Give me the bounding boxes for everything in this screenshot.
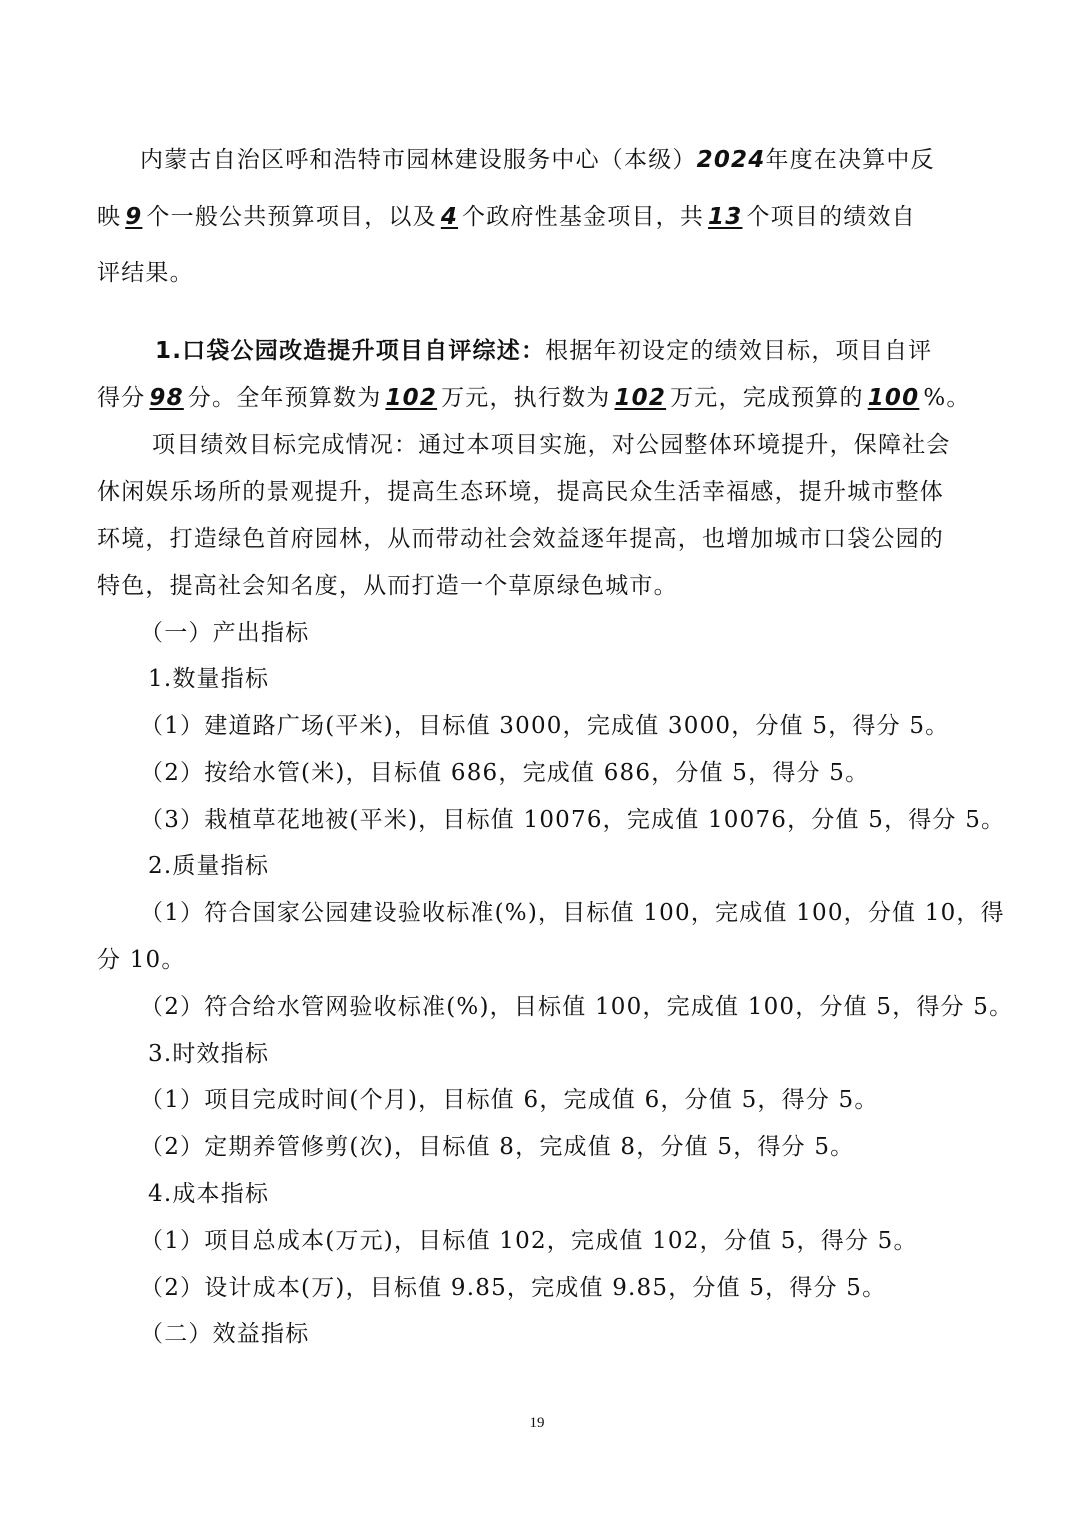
label: 万元，完成预算的 [670, 385, 864, 411]
time-item: （2）定期养管修剪(次)，目标值 8，完成值 8，分值 5，得分 5。 [140, 1132, 854, 1162]
label: 分。全年预算数为 [188, 385, 382, 411]
output-indicators-heading: （一）产出指标 [140, 618, 309, 648]
executed-amount: 102 [610, 385, 670, 411]
project1-title: 1.口袋公园改造提升项目自评综述： [155, 338, 545, 364]
intro-text: 年度在决算中反 [765, 147, 934, 173]
quantity-item: （3）栽植草花地被(平米)，目标值 10076，完成值 10076，分值 5，得… [140, 805, 1005, 835]
total-project-count: 13 [704, 204, 746, 230]
time-item: （1）项目完成时间(个月)，目标值 6，完成值 6，分值 5，得分 5。 [140, 1085, 879, 1115]
benefit-indicators-heading: （二）效益指标 [140, 1319, 309, 1349]
project1-desc-line: 休闲娱乐场所的景观提升，提高生态环境，提高民众生活幸福感，提升城市整体 [97, 477, 944, 507]
intro-line-3: 评结果。 [97, 258, 194, 288]
cost-heading: 4.成本指标 [148, 1179, 269, 1209]
project1-desc-line: 项目绩效目标完成情况：通过本项目实施，对公园整体环境提升，保障社会 [152, 430, 951, 460]
label: 得分 [97, 385, 145, 411]
quantity-heading: 1.数量指标 [148, 664, 269, 694]
fund-project-count: 4 [437, 204, 462, 230]
intro-text: 个项目的绩效自 [746, 204, 915, 230]
quality-heading: 2.质量指标 [148, 851, 269, 881]
intro-year: 2024 [697, 147, 766, 173]
label: %。 [923, 385, 970, 411]
intro-line-1: 内蒙古自治区呼和浩特市园林建设服务中心（本级）2024年度在决算中反 [140, 145, 935, 175]
intro-text: 个一般公共预算项目，以及 [146, 204, 436, 230]
project1-desc-line: 环境，打造绿色首府园林，从而带动社会效益逐年提高，也增加城市口袋公园的 [97, 524, 944, 554]
quality-item: 分 10。 [97, 945, 186, 975]
time-heading: 3.时效指标 [148, 1039, 269, 1069]
quantity-item: （1）建道路广场(平米)，目标值 3000，完成值 3000，分值 5，得分 5… [140, 711, 949, 741]
quality-item: （1）符合国家公园建设验收标准(%)，目标值 100，完成值 100，分值 10… [140, 898, 1005, 928]
document-page: 内蒙古自治区呼和浩特市园林建设服务中心（本级）2024年度在决算中反 映9个一般… [0, 0, 1074, 1520]
project1-summary: 根据年初设定的绩效目标，项目自评 [545, 338, 932, 364]
cost-item: （2）设计成本(万)，目标值 9.85，完成值 9.85，分值 5，得分 5。 [140, 1273, 886, 1303]
page-number: 19 [0, 1415, 1074, 1432]
project1-title-line: 1.口袋公园改造提升项目自评综述：根据年初设定的绩效目标，项目自评 [155, 336, 932, 366]
completion-rate: 100 [864, 385, 924, 411]
quality-item: （2）符合给水管网验收标准(%)，目标值 100，完成值 100，分值 5，得分… [140, 992, 1013, 1022]
quantity-item: （2）按给水管(米)，目标值 686，完成值 686，分值 5，得分 5。 [140, 758, 869, 788]
intro-text: 个政府性基金项目，共 [462, 204, 704, 230]
intro-text: 映 [97, 204, 121, 230]
general-budget-count: 9 [121, 204, 146, 230]
label: 万元，执行数为 [441, 385, 610, 411]
project1-score-line: 得分98分。全年预算数为102万元，执行数为102万元，完成预算的100%。 [97, 383, 971, 413]
intro-org: 内蒙古自治区呼和浩特市园林建设服务中心（本级） [140, 147, 697, 173]
self-eval-score: 98 [145, 385, 187, 411]
project1-desc-line: 特色，提高社会知名度，从而打造一个草原绿色城市。 [97, 571, 678, 601]
annual-budget: 102 [381, 385, 441, 411]
cost-item: （1）项目总成本(万元)，目标值 102，完成值 102，分值 5，得分 5。 [140, 1226, 918, 1256]
intro-line-2: 映9个一般公共预算项目，以及4个政府性基金项目，共13个项目的绩效自 [97, 202, 916, 232]
